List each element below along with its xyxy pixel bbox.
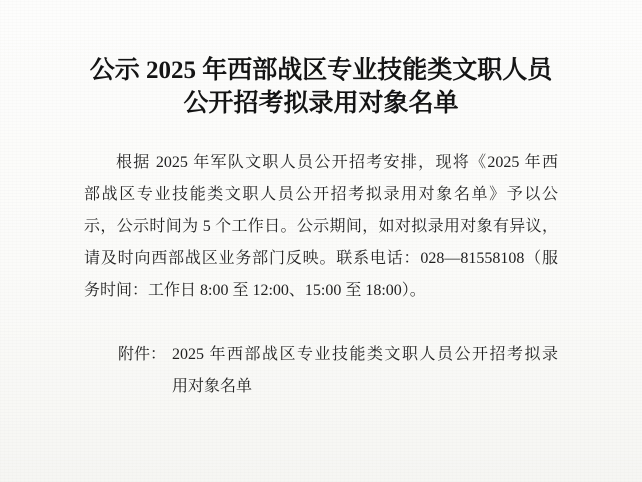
attachment-line-1: 2025 年西部战区专业技能类文职人员公开招考拟录 bbox=[172, 339, 558, 371]
body-line-4: 请及时向西部战区业务部门反映。联系电话：028—81558108（服 bbox=[84, 243, 558, 275]
attachment-title: 2025 年西部战区专业技能类文职人员公开招考拟录 用对象名单 bbox=[172, 339, 558, 403]
attachment-line-2: 用对象名单 bbox=[172, 371, 558, 403]
body-line-1: 根据 2025 年军队文职人员公开招考安排，现将《2025 年西 bbox=[84, 147, 558, 179]
document-title: 公示 2025 年西部战区专业技能类文职人员 公开招考拟录用对象名单 bbox=[0, 0, 642, 120]
body-line-2: 部战区专业技能类文职人员公开招考拟录用对象名单》予以公 bbox=[84, 179, 558, 211]
document-title-line-1: 公示 2025 年西部战区专业技能类文职人员 bbox=[40, 54, 602, 87]
body-line-5: 务时间：工作日 8:00 至 12:00、15:00 至 18:00）。 bbox=[84, 275, 558, 307]
body-line-3: 示，公示时间为 5 个工作日。公示期间，如对拟录用对象有异议， bbox=[84, 211, 558, 243]
body-paragraph: 根据 2025 年军队文职人员公开招考安排，现将《2025 年西 部战区专业技能… bbox=[84, 147, 558, 307]
document-page: 公示 2025 年西部战区专业技能类文职人员 公开招考拟录用对象名单 根据 20… bbox=[0, 0, 642, 482]
attachment-section: 附件： 2025 年西部战区专业技能类文职人员公开招考拟录 用对象名单 bbox=[118, 339, 558, 403]
attachment-label: 附件： bbox=[118, 339, 166, 371]
document-title-line-2: 公开招考拟录用对象名单 bbox=[40, 87, 602, 120]
